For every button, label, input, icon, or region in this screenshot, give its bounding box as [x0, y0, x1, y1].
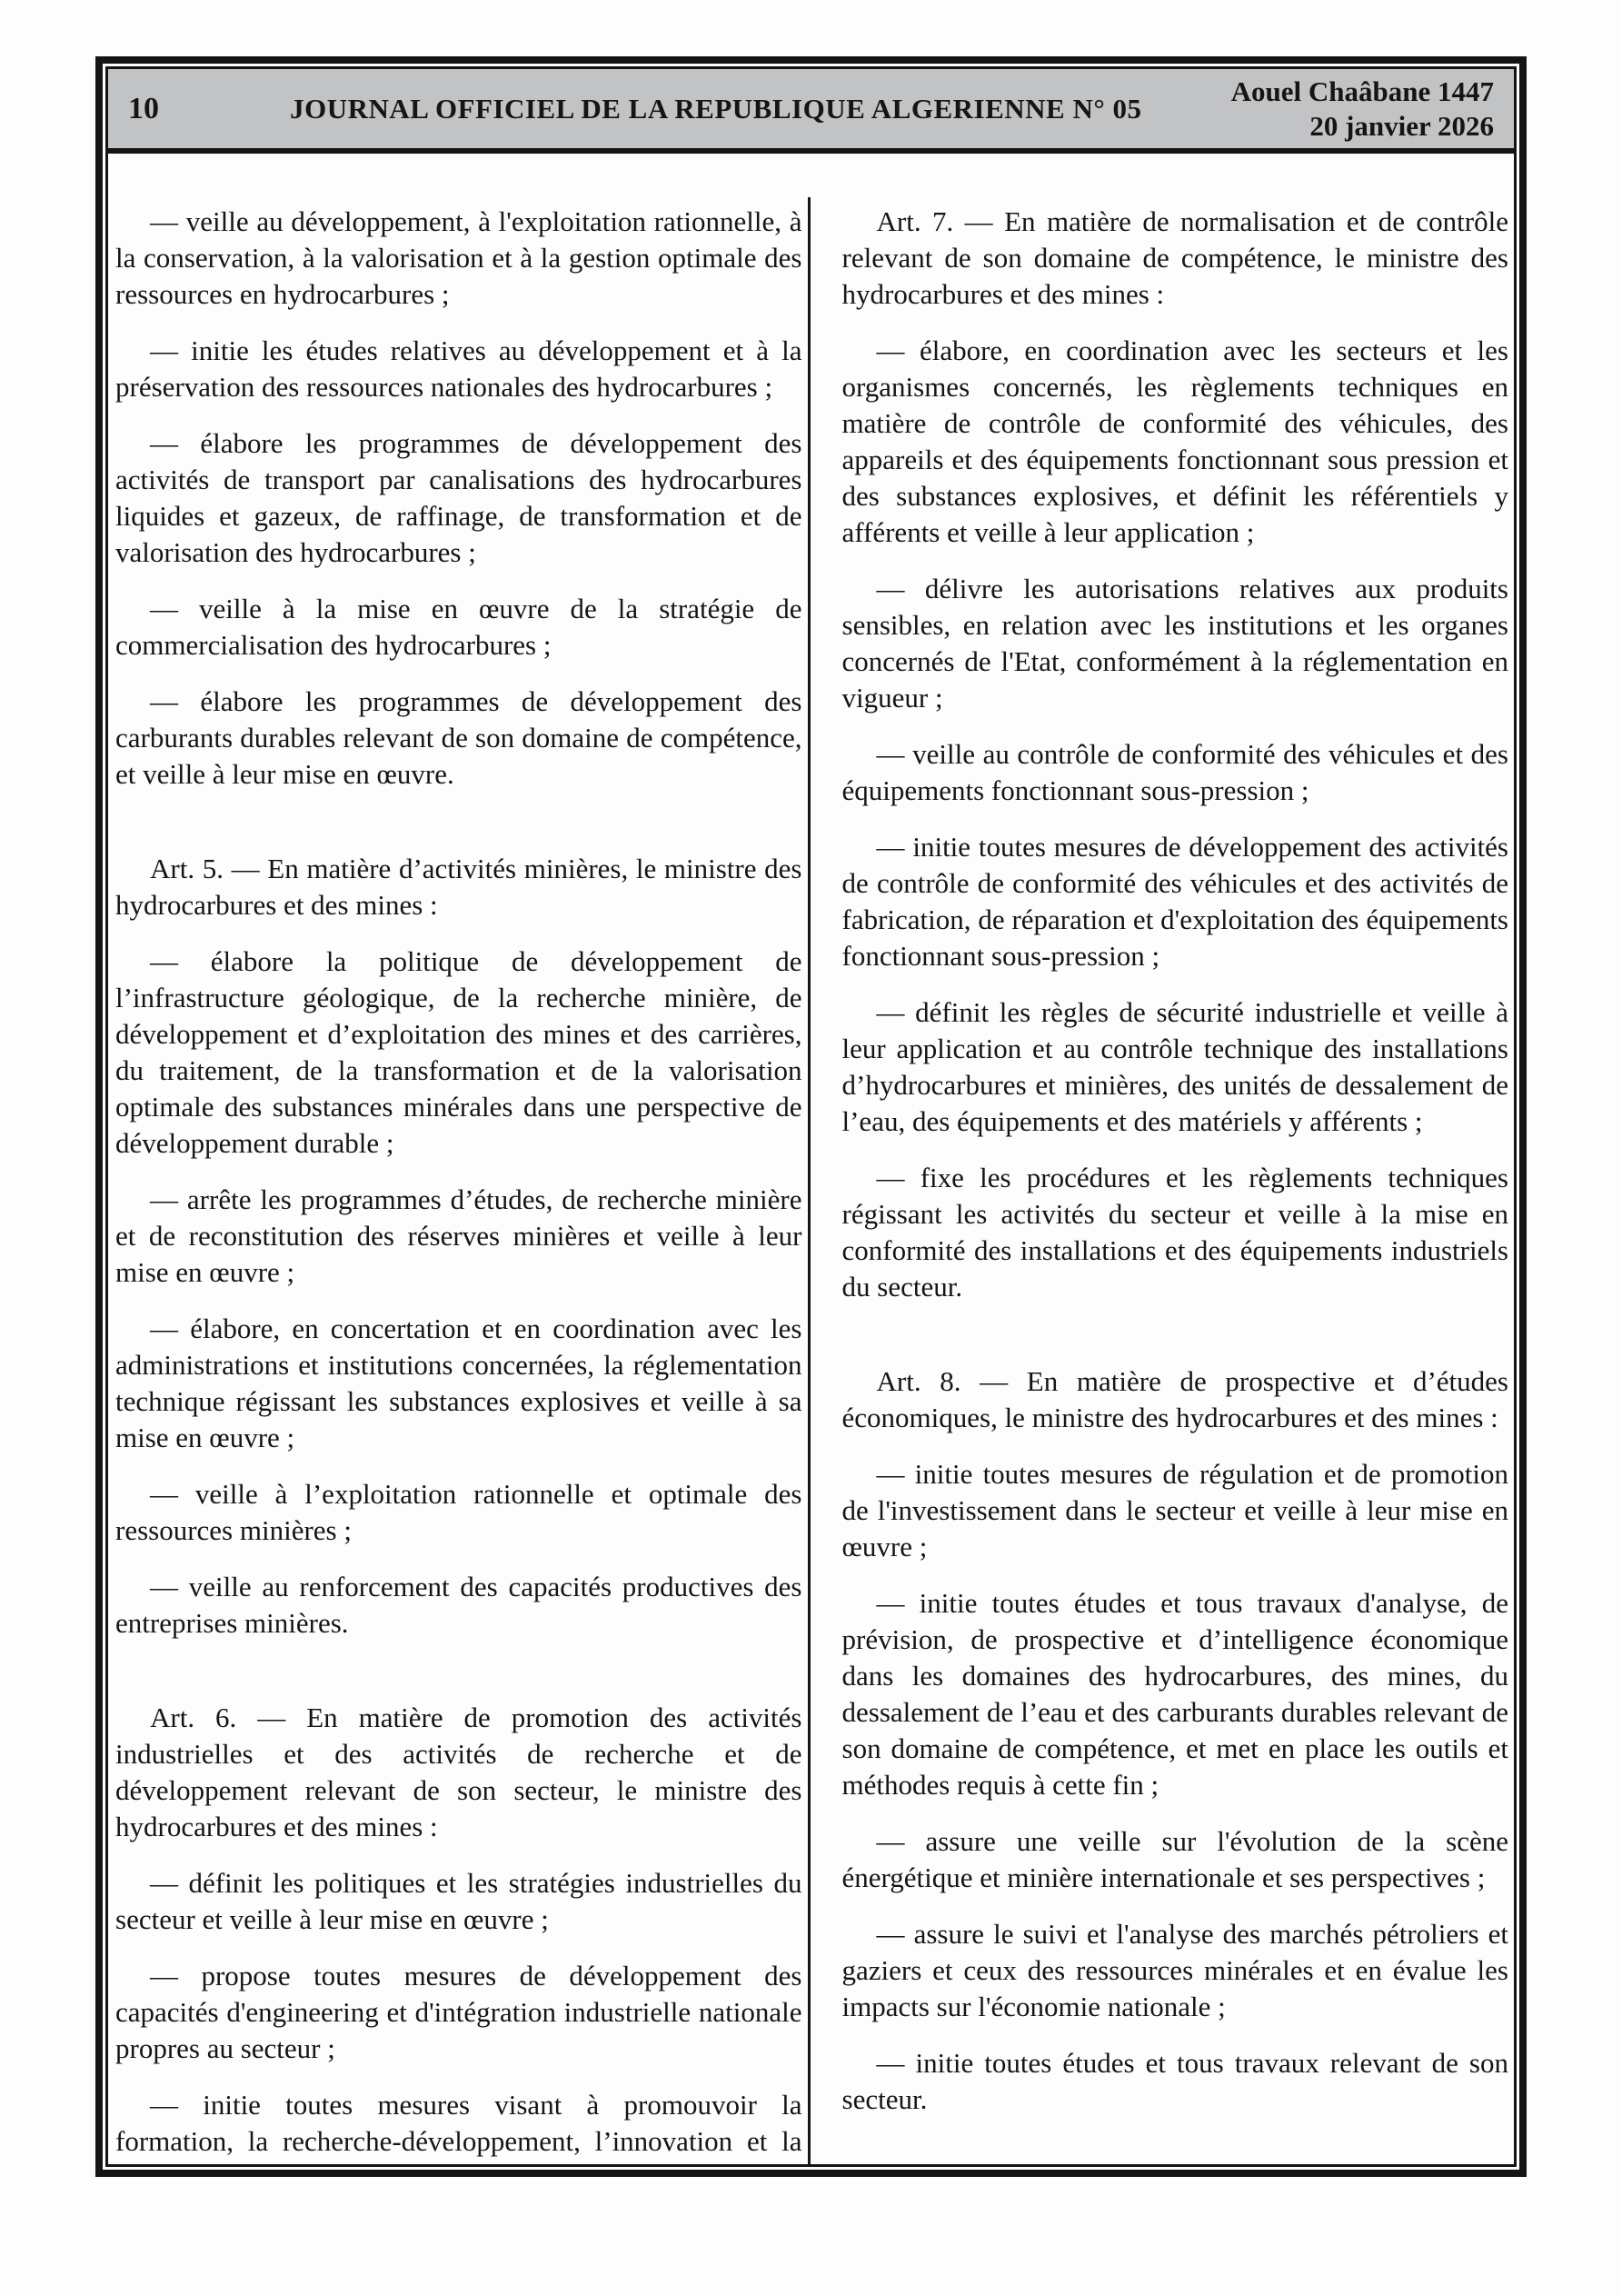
- page-frame-inner: 10 JOURNAL OFFICIEL DE LA REPUBLIQUE ALG…: [105, 66, 1517, 2167]
- list-item-paragraph: — veille au développement, à l'exploitat…: [115, 204, 802, 313]
- list-item-paragraph: — veille à la mise en œuvre de la straté…: [115, 591, 802, 664]
- list-item-paragraph: — propose toutes mesures de développemen…: [115, 1958, 802, 2067]
- article-heading-paragraph: Art. 7. — En matière de normalisation et…: [842, 204, 1509, 313]
- list-item-paragraph: — initie toutes études et tous travaux d…: [842, 1585, 1509, 1803]
- page-body: — veille au développement, à l'exploitat…: [108, 154, 1514, 2167]
- list-item-paragraph: — élabore, en coordination avec les sect…: [842, 333, 1509, 551]
- page-frame: 10 JOURNAL OFFICIEL DE LA REPUBLIQUE ALG…: [95, 56, 1527, 2177]
- article-heading-paragraph: Art. 5. — En matière d’activités minière…: [115, 851, 802, 923]
- right-column: Art. 7. — En matière de normalisation et…: [811, 204, 1515, 2167]
- list-item-paragraph: — veille au renforcement des capacités p…: [115, 1569, 802, 1642]
- list-item-paragraph: — élabore les programmes de développemen…: [115, 425, 802, 571]
- list-item-paragraph: — définit les politiques et les stratégi…: [115, 1865, 802, 1938]
- article-heading-paragraph: Art. 6. — En matière de promotion des ac…: [115, 1700, 802, 1845]
- list-item-paragraph: — fixe les procédures et les règlements …: [842, 1160, 1509, 1305]
- list-item-paragraph: — élabore les programmes de développemen…: [115, 684, 802, 793]
- list-item-paragraph: — arrête les programmes d’études, de rec…: [115, 1182, 802, 1291]
- header-dates: Aouel Chaâbane 1447 20 janvier 2026: [1204, 75, 1494, 144]
- list-item-paragraph: — initie les études relatives au dévelop…: [115, 333, 802, 405]
- page-number: 10: [128, 92, 228, 126]
- list-item-paragraph: — initie toutes mesures visant à promouv…: [115, 2087, 802, 2167]
- left-column: — veille au développement, à l'exploitat…: [108, 204, 811, 2167]
- column-divider: [808, 197, 811, 2167]
- list-item-paragraph: — assure une veille sur l'évolution de l…: [842, 1823, 1509, 1896]
- date-gregorian: 20 janvier 2026: [1231, 109, 1494, 144]
- list-item-paragraph: — initie toutes mesures de développement…: [842, 829, 1509, 974]
- date-hijri: Aouel Chaâbane 1447: [1231, 75, 1494, 109]
- journal-title: JOURNAL OFFICIEL DE LA REPUBLIQUE ALGERI…: [228, 93, 1204, 125]
- list-item-paragraph: — délivre les autorisations relatives au…: [842, 571, 1509, 716]
- list-item-paragraph: — élabore, en concertation et en coordin…: [115, 1311, 802, 1456]
- page-header: 10 JOURNAL OFFICIEL DE LA REPUBLIQUE ALG…: [108, 69, 1514, 154]
- list-item-paragraph: — veille au contrôle de conformité des v…: [842, 736, 1509, 809]
- list-item-paragraph: — veille à l’exploitation rationnelle et…: [115, 1476, 802, 1549]
- list-item-paragraph: — initie toutes mesures de régulation et…: [842, 1456, 1509, 1565]
- list-item-paragraph: — assure le suivi et l'analyse des march…: [842, 1916, 1509, 2025]
- list-item-paragraph: — initie toutes études et tous travaux r…: [842, 2045, 1509, 2118]
- list-item-paragraph: — définit les règles de sécurité industr…: [842, 994, 1509, 1140]
- list-item-paragraph: — élabore la politique de développement …: [115, 943, 802, 1162]
- article-heading-paragraph: Art. 8. — En matière de prospective et d…: [842, 1363, 1509, 1436]
